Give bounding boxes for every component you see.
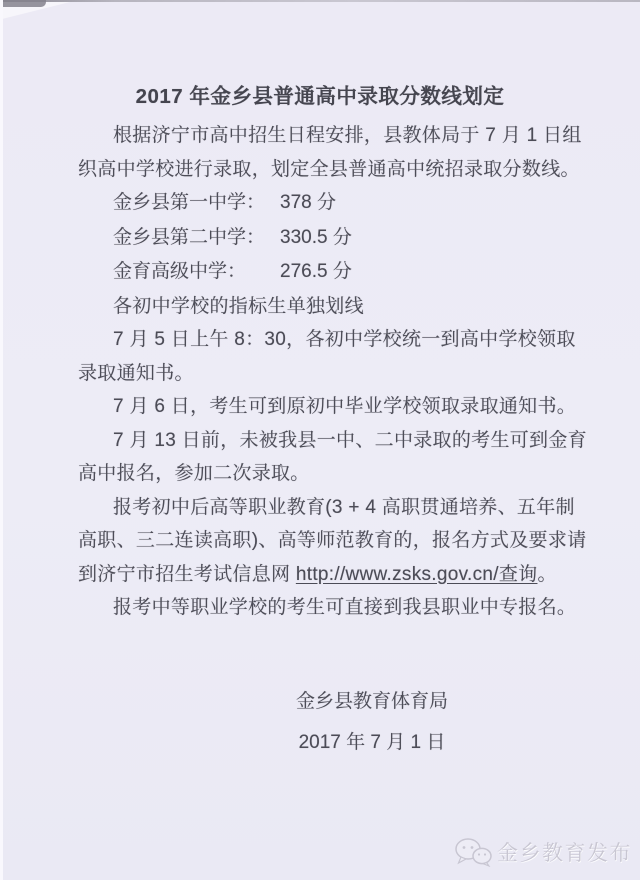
scan-artifact-corner-smudge: [0, 0, 46, 7]
signature-date: 2017 年 7 月 1 日: [286, 722, 458, 763]
scan-artifact-top-edge: [0, 0, 640, 2]
url-line: 到济宁市招生考试信息网 http://www.zsks.gov.cn/查询。: [78, 558, 562, 592]
score-school-label: 金乡县第二中学：: [113, 221, 280, 256]
score-value: 330.5 分: [280, 221, 352, 256]
body-line: 报考初中后高等职业教育(3 + 4 高职贯通培养、五年制: [78, 491, 562, 525]
scanned-notice-page: 2017 年金乡县普通高中录取分数线划定 根据济宁市高中招生日程安排，县教体局于…: [0, 0, 640, 880]
website-url-text: http://www.zsks.gov.cn/查询: [296, 564, 538, 585]
url-line-suffix: 。: [537, 564, 556, 585]
body-line: 高中报名，参加二次录取。: [78, 457, 562, 491]
score-row: 金乡县第二中学： 330.5 分: [78, 221, 562, 256]
document-body: 2017 年金乡县普通高中录取分数线划定 根据济宁市高中招生日程安排，县教体局于…: [78, 84, 562, 763]
body-line: 高职、三二连读高职)、高等师范教育的，报名方式及要求请: [78, 524, 562, 558]
body-line: 录取通知书。: [78, 357, 562, 391]
watermark-label: 金乡教育发布: [497, 837, 632, 867]
body-line: 各初中学校的指标生单独划线: [78, 290, 562, 324]
document-title: 2017 年金乡县普通高中录取分数线划定: [78, 84, 562, 110]
scan-artifact-left-edge: [0, 0, 3, 880]
score-value: 276.5 分: [280, 255, 352, 290]
intro-line: 织高中学校进行录取，划定全县普通高中统招录取分数线。: [78, 153, 562, 187]
signature-organization: 金乡县教育体育局: [286, 681, 458, 722]
closing-line: 报考中等职业学校的考生可直接到我县职业中专报名。: [78, 591, 562, 625]
intro-line: 根据济宁市高中招生日程安排，县教体局于 7 月 1 日组: [78, 119, 562, 153]
wechat-icon: [454, 837, 492, 867]
url-line-prefix: 到济宁市招生考试信息网: [78, 564, 296, 585]
score-row: 金育高级中学： 276.5 分: [78, 255, 562, 290]
signature-block: 金乡县教育体育局 2017 年 7 月 1 日: [286, 681, 458, 763]
body-line: 7 月 5 日上午 8：30，各初中学校统一到高中学校领取: [78, 323, 562, 357]
score-row: 金乡县第一中学： 378 分: [78, 186, 562, 221]
body-line: 7 月 13 日前，未被我县一中、二中录取的考生可到金育: [78, 424, 562, 458]
body-line: 7 月 6 日，考生可到原初中毕业学校领取录取通知书。: [78, 390, 562, 424]
watermark: 金乡教育发布: [454, 837, 632, 867]
score-school-label: 金育高级中学：: [113, 255, 280, 290]
score-value: 378 分: [280, 186, 336, 221]
score-school-label: 金乡县第一中学：: [113, 186, 280, 221]
